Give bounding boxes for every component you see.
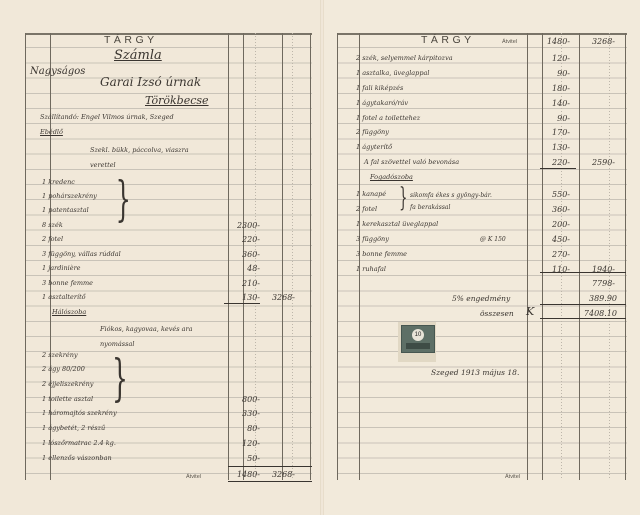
list-item: 1 asztalterítő xyxy=(42,293,86,301)
section-fogadoszoba-note: sikomfa ékes s gyöngy-bár. fa berakással xyxy=(410,190,495,214)
list-item: 1 fali kiképzés xyxy=(356,84,403,92)
addressee-place: Törökbecse xyxy=(145,94,209,107)
section-ebedlo-description: Szekl. bükk, páccolva, viaszra verettel xyxy=(90,143,200,173)
item-amount: 120- xyxy=(200,439,260,448)
discount-line xyxy=(540,304,626,305)
section-subtotal: 2590- xyxy=(565,158,615,167)
list-item: 1 pohárszekrény xyxy=(42,192,97,200)
item-amount: 360- xyxy=(200,250,260,259)
carried-col2: 3268- xyxy=(565,37,615,46)
item-amount: 220- xyxy=(200,235,260,244)
grand-total-amount: 7408.10 xyxy=(565,309,617,318)
item-amount: 90- xyxy=(510,69,570,78)
underline xyxy=(540,168,576,169)
list-item: 2 éjjeliszekrény xyxy=(42,380,93,388)
item-amount: 50- xyxy=(200,454,260,463)
delivery-note: Szállítandó: Engel Vilmos úrnak, Szeged xyxy=(40,113,174,121)
list-item: 1 asztalka, üveglappal xyxy=(356,69,429,77)
list-item: 3 függöny, vállas rúddal xyxy=(42,250,121,258)
carry-label: Átvitel xyxy=(186,474,201,480)
list-item: 1 ágybetét, 2 részű xyxy=(42,424,105,432)
list-item: 1 ruhafal xyxy=(356,265,386,273)
list-item: 1 toilette asztal xyxy=(42,395,93,403)
list-item: 1 patentasztal xyxy=(42,206,89,214)
salutation: Nagyságos xyxy=(30,66,85,77)
stamp-icon: 10 xyxy=(401,325,435,353)
carried-col1: 1480- xyxy=(510,37,570,46)
discount-amount: 389.90 xyxy=(565,294,617,303)
item-amount: 270- xyxy=(510,250,570,259)
section-ebedlo-title: Ebédlő xyxy=(40,128,63,136)
item-amount: 800- xyxy=(200,395,260,404)
carry-col2: 3268- xyxy=(250,470,295,479)
list-item: A fal szövettel való bevonása xyxy=(364,158,459,166)
grand-total-line xyxy=(540,318,626,319)
footer-carry-label: Átvitel xyxy=(505,474,520,480)
list-item: 1 jardinière xyxy=(42,264,81,272)
list-item: 1 ágytakaró/ráv xyxy=(356,99,408,107)
item-amount: 48- xyxy=(200,264,260,273)
grand-total-label: összesen xyxy=(480,309,514,318)
list-item: 1 ágyterítő xyxy=(356,143,392,151)
page-fold xyxy=(320,0,324,515)
list-item: 1 kredenc xyxy=(42,178,75,186)
total-amount: 7798- xyxy=(565,279,615,288)
item-amount: 130- xyxy=(510,143,570,152)
list-item: 2 fotel xyxy=(356,205,377,213)
stamp-value: 10 xyxy=(412,329,424,341)
item-amount: 120- xyxy=(510,54,570,63)
item-amount: 330- xyxy=(200,409,260,418)
item-amount: 210- xyxy=(200,279,260,288)
item-amount: 2300- xyxy=(200,221,260,230)
underline xyxy=(224,303,260,304)
list-item: 1 lószőrmatrac 2.4 kg. xyxy=(42,439,116,447)
item-amount: 220- xyxy=(510,158,570,167)
invoice-title: Számla xyxy=(114,48,162,63)
carry-line xyxy=(228,481,312,482)
section-haloszoba-description: Fiókos, kagyovaa, kevés ara nyomással xyxy=(100,322,210,352)
item-amount: 180- xyxy=(510,84,570,93)
list-item: 2 szék, selyemmel kárpitozva xyxy=(356,54,453,62)
item-rate: @ K 150 xyxy=(480,236,506,243)
item-amount: 140- xyxy=(510,99,570,108)
addressee: Garai Izsó úrnak xyxy=(100,75,201,89)
item-amount: 90- xyxy=(510,114,570,123)
right-column-header: TÁRGY xyxy=(421,34,475,46)
item-amount: 170- xyxy=(510,128,570,137)
section-haloszoba-title: Hálószoba xyxy=(52,308,86,316)
item-amount: 80- xyxy=(200,424,260,433)
list-item: 2 szekrény xyxy=(42,351,78,359)
carry-line xyxy=(228,466,312,467)
item-amount: 360- xyxy=(510,205,570,214)
list-item: 3 függöny xyxy=(356,235,389,243)
item-amount: 550- xyxy=(510,190,570,199)
discount-label: 5% engedmény xyxy=(452,294,510,303)
list-item: 8 szék xyxy=(42,221,63,229)
list-item: 2 fotel xyxy=(42,235,63,243)
item-amount: 200- xyxy=(510,220,570,229)
list-item: 3 bonne femme xyxy=(356,250,407,258)
left-column-header: TÁRGY xyxy=(104,34,158,46)
place-date: Szeged 1913 május 18. xyxy=(431,368,519,377)
brace: } xyxy=(399,185,407,211)
list-item: 1 kerekasztal üveglappal xyxy=(356,220,438,228)
item-amount: 450- xyxy=(510,235,570,244)
list-item: 1 fotel a toilettehez xyxy=(356,114,420,122)
list-item: 3 bonne femme xyxy=(42,279,93,287)
section-fogadoszoba-title: Fogadószoba xyxy=(370,173,413,181)
list-item: 2 függöny xyxy=(356,128,389,136)
section-subtotal: 3268- xyxy=(250,293,295,302)
subtotal-line xyxy=(540,272,626,273)
revenue-stamp: 10 xyxy=(398,322,436,362)
brace: } xyxy=(116,175,131,223)
brace: } xyxy=(112,353,128,403)
list-item: 1 kanapé xyxy=(356,190,386,198)
list-item: 2 ágy 80/200 xyxy=(42,365,85,373)
list-item: 1 ellenzős vászonban xyxy=(42,454,112,462)
list-item: 1 háromajtós szekrény xyxy=(42,409,117,417)
currency-mark: K xyxy=(526,305,534,318)
